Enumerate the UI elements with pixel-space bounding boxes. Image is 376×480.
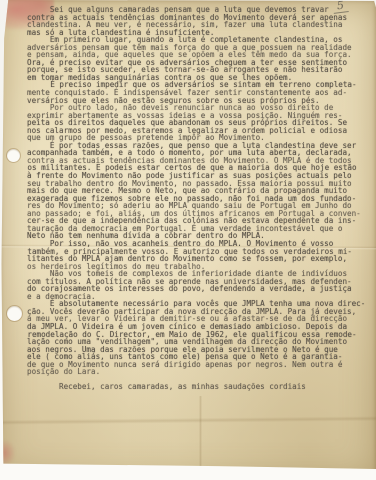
punch-hole xyxy=(7,306,22,321)
typewritten-line: também, e principalmente vosso. E autori… xyxy=(27,248,374,256)
scanned-document: 5 Sei que alguns camaradas pensam que a … xyxy=(0,0,376,480)
typewritten-line: porque, se isto suceder, eles tornar-se-… xyxy=(27,66,374,74)
typewritten-line: e pensam, ainda, que aqueles que se opõe… xyxy=(27,51,374,59)
typewritten-line: com títulos. A política não se aprende n… xyxy=(27,278,374,286)
fold-crease xyxy=(0,416,376,425)
typewritten-line: posição do Lara. xyxy=(27,368,374,376)
fold-crease xyxy=(199,396,202,466)
typewritten-line: tauração da democracia em Portugal. É um… xyxy=(27,225,374,233)
typewritten-line: e a democracia. xyxy=(27,293,374,301)
typewritten-line: a meu ver, levar o Videira a demitir-se … xyxy=(27,315,374,323)
text-block: Sei que alguns camaradas pensam que a lu… xyxy=(27,6,374,391)
typewritten-line: os militantes. E podeis estar certos de … xyxy=(27,164,374,172)
typewritten-line: clandestina. A meu ver, é necessário, si… xyxy=(27,21,374,29)
typewritten-line: mais do que merece. Mesmo o Neto, que ao… xyxy=(27,187,374,195)
typewritten-line: que um grupo de pessoas pretende impôr a… xyxy=(27,134,374,142)
red-stain-bottom-left xyxy=(0,440,15,466)
document-page: 5 Sei que alguns camaradas pensam que a … xyxy=(0,0,376,480)
typewritten-line: Sei que alguns camaradas pensam que a lu… xyxy=(27,6,374,14)
typewritten-line: Recebei, caros camaradas, as minhas saud… xyxy=(27,383,374,391)
typewritten-line: exprimir abertamente as vossas ideias e … xyxy=(27,112,374,120)
punch-hole xyxy=(7,149,20,162)
typewritten-line: lação como uma "vendilhagem", uma vendil… xyxy=(27,338,374,346)
